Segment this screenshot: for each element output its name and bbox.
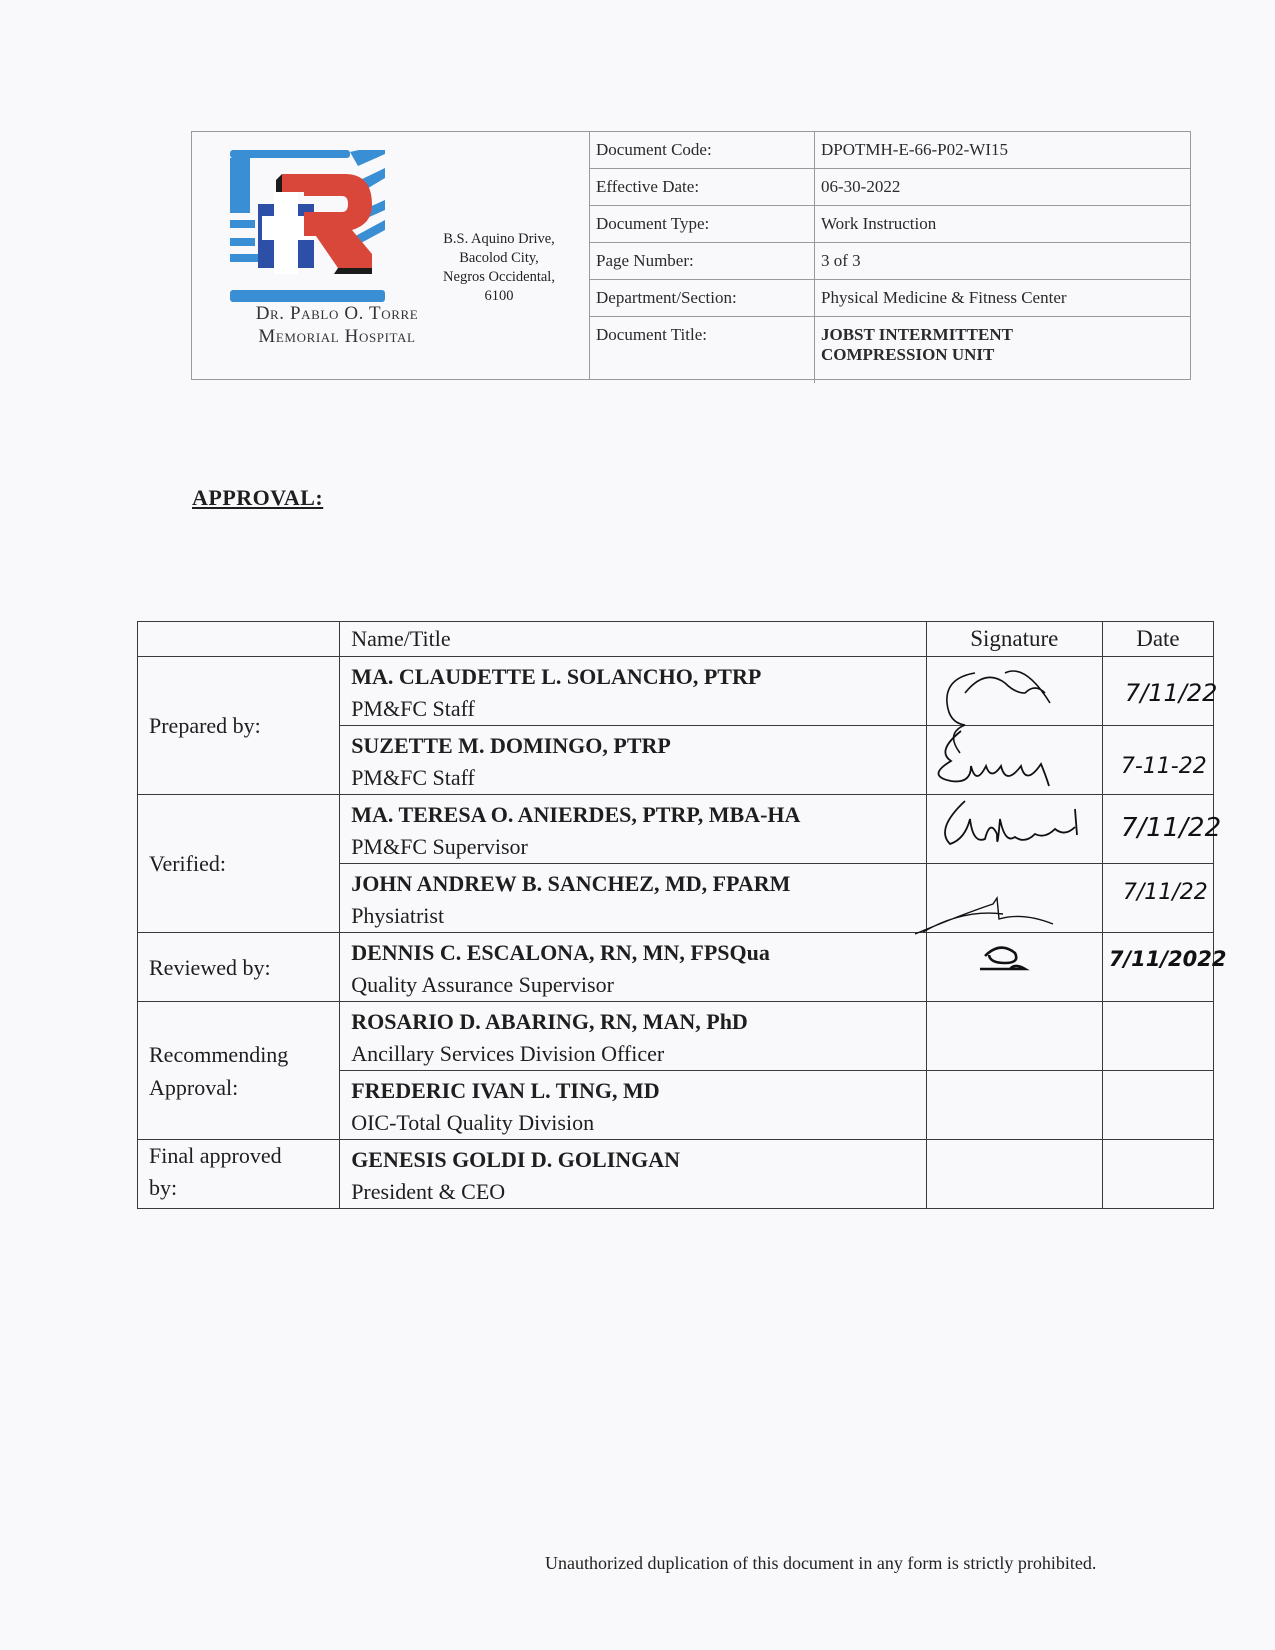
handwritten-date: 7/11/2022 (1109, 947, 1227, 971)
meta-label: Effective Date: (590, 169, 815, 206)
signatory-title: Physiatrist (351, 900, 916, 932)
hospital-logo-area: Dr. Pablo O. Torre Memorial Hospital B.S… (192, 132, 590, 379)
role-label-line2: Approval: (149, 1071, 329, 1104)
meta-label: Department/Section: (590, 280, 815, 317)
meta-row-document-title: Document Title: JOBST INTERMITTENT COMPR… (590, 317, 1190, 384)
column-header-date: Date (1102, 622, 1213, 657)
name-title-cell: SUZETTE M. DOMINGO, PTRP PM&FC Staff (340, 726, 927, 795)
signatory-name: ROSARIO D. ABARING, RN, MAN, PhD (351, 1006, 916, 1038)
signatory-name: MA. TERESA O. ANIERDES, PTRP, MBA-HA (351, 799, 916, 831)
meta-row-effective-date: Effective Date: 06-30-2022 (590, 169, 1190, 206)
meta-label: Document Code: (590, 132, 815, 169)
meta-value: DPOTMH-E-66-P02-WI15 (815, 132, 1191, 169)
hospital-name-line2: Memorial Hospital (202, 325, 472, 348)
date-cell: 7-11-22 (1102, 726, 1213, 795)
signatory-name: FREDERIC IVAN L. TING, MD (351, 1075, 916, 1107)
approval-table: Name/Title Signature Date Prepared by: M… (137, 621, 1214, 1209)
signatory-title: President & CEO (351, 1176, 916, 1208)
table-row: Final approved by: GENESIS GOLDI D. GOLI… (138, 1140, 1214, 1209)
meta-value: 3 of 3 (815, 243, 1191, 280)
signatory-title: Ancillary Services Division Officer (351, 1038, 916, 1070)
signature-cell (926, 795, 1102, 864)
hospital-logo-icon (230, 150, 390, 308)
signatory-name: SUZETTE M. DOMINGO, PTRP (351, 730, 916, 762)
signature-cell (926, 1002, 1102, 1071)
document-title-line1: JOBST INTERMITTENT (821, 325, 1184, 345)
role-label-line1: Recommending (149, 1038, 329, 1071)
signatory-title: PM&FC Supervisor (351, 831, 916, 863)
meta-label: Page Number: (590, 243, 815, 280)
signature-cell (926, 933, 1102, 1002)
signatory-name: JOHN ANDREW B. SANCHEZ, MD, FPARM (351, 868, 916, 900)
date-cell (1102, 1140, 1213, 1209)
date-cell (1102, 1071, 1213, 1140)
meta-value: 06-30-2022 (815, 169, 1191, 206)
role-recommending-approval: Recommending Approval: (138, 1002, 340, 1140)
name-title-cell: MA. CLAUDETTE L. SOLANCHO, PTRP PM&FC St… (340, 657, 927, 726)
date-cell (1102, 1002, 1213, 1071)
role-label-line1: Final approved (149, 1140, 329, 1172)
role-prepared-by: Prepared by: (138, 657, 340, 795)
signatory-title: Quality Assurance Supervisor (351, 969, 916, 1001)
date-cell: 7/11/22 (1102, 864, 1213, 933)
signature-cell (926, 657, 1102, 726)
meta-row-page-number: Page Number: 3 of 3 (590, 243, 1190, 280)
signature-icon (975, 941, 1055, 981)
date-cell: 7/11/2022 (1102, 933, 1213, 1002)
document-meta-table: Document Code: DPOTMH-E-66-P02-WI15 Effe… (590, 132, 1190, 383)
signature-cell (926, 726, 1102, 795)
signatory-name: MA. CLAUDETTE L. SOLANCHO, PTRP (351, 661, 916, 693)
handwritten-date: 7/11/22 (1123, 880, 1208, 905)
handwritten-date: 7/11/22 (1121, 813, 1221, 843)
signature-icon (931, 726, 1081, 796)
column-header-role (138, 622, 340, 657)
signatory-name: GENESIS GOLDI D. GOLINGAN (351, 1144, 916, 1176)
signature-cell (926, 864, 1102, 933)
meta-value: Work Instruction (815, 206, 1191, 243)
table-row: Prepared by: MA. CLAUDETTE L. SOLANCHO, … (138, 657, 1214, 726)
meta-label: Document Type: (590, 206, 815, 243)
meta-value: Physical Medicine & Fitness Center (815, 280, 1191, 317)
column-header-signature: Signature (926, 622, 1102, 657)
meta-row-department: Department/Section: Physical Medicine & … (590, 280, 1190, 317)
approval-header-row: Name/Title Signature Date (138, 622, 1214, 657)
approval-heading: APPROVAL: (192, 485, 323, 511)
signatory-title: PM&FC Staff (351, 762, 916, 794)
column-header-name-title: Name/Title (340, 622, 927, 657)
name-title-cell: MA. TERESA O. ANIERDES, PTRP, MBA-HA PM&… (340, 795, 927, 864)
role-final-approved-by: Final approved by: (138, 1140, 340, 1209)
name-title-cell: DENNIS C. ESCALONA, RN, MN, FPSQua Quali… (340, 933, 927, 1002)
name-title-cell: GENESIS GOLDI D. GOLINGAN President & CE… (340, 1140, 927, 1209)
signatory-title: OIC-Total Quality Division (351, 1107, 916, 1139)
role-reviewed-by: Reviewed by: (138, 933, 340, 1002)
hospital-name: Dr. Pablo O. Torre Memorial Hospital (202, 302, 472, 348)
date-cell: 7/11/22 (1102, 795, 1213, 864)
date-cell: 7/11/22 (1102, 657, 1213, 726)
signatory-title: PM&FC Staff (351, 693, 916, 725)
table-row: Reviewed by: DENNIS C. ESCALONA, RN, MN,… (138, 933, 1214, 1002)
name-title-cell: ROSARIO D. ABARING, RN, MAN, PhD Ancilla… (340, 1002, 927, 1071)
signature-icon (935, 799, 1095, 859)
signatory-name: DENNIS C. ESCALONA, RN, MN, FPSQua (351, 937, 916, 969)
meta-value: JOBST INTERMITTENT COMPRESSION UNIT (815, 317, 1191, 384)
address-line: Negros Occidental, (420, 268, 578, 287)
address-line: 6100 (420, 287, 578, 306)
name-title-cell: JOHN ANDREW B. SANCHEZ, MD, FPARM Physia… (340, 864, 927, 933)
footer-notice: Unauthorized duplication of this documen… (545, 1553, 1096, 1574)
name-title-cell: FREDERIC IVAN L. TING, MD OIC-Total Qual… (340, 1071, 927, 1140)
address-line: Bacolod City, (420, 249, 578, 268)
table-row: Verified: MA. TERESA O. ANIERDES, PTRP, … (138, 795, 1214, 864)
document-header: Dr. Pablo O. Torre Memorial Hospital B.S… (191, 131, 1191, 380)
signature-cell (926, 1071, 1102, 1140)
hospital-address: B.S. Aquino Drive, Bacolod City, Negros … (420, 230, 578, 306)
meta-row-document-type: Document Type: Work Instruction (590, 206, 1190, 243)
handwritten-date: 7-11-22 (1121, 754, 1207, 779)
role-verified: Verified: (138, 795, 340, 933)
table-row: Recommending Approval: ROSARIO D. ABARIN… (138, 1002, 1214, 1071)
role-label-line2: by: (149, 1172, 329, 1204)
handwritten-date: 7/11/22 (1125, 679, 1218, 707)
meta-row-document-code: Document Code: DPOTMH-E-66-P02-WI15 (590, 132, 1190, 169)
address-line: B.S. Aquino Drive, (420, 230, 578, 249)
meta-label: Document Title: (590, 317, 815, 384)
signature-cell (926, 1140, 1102, 1209)
document-title-line2: COMPRESSION UNIT (821, 345, 1184, 365)
